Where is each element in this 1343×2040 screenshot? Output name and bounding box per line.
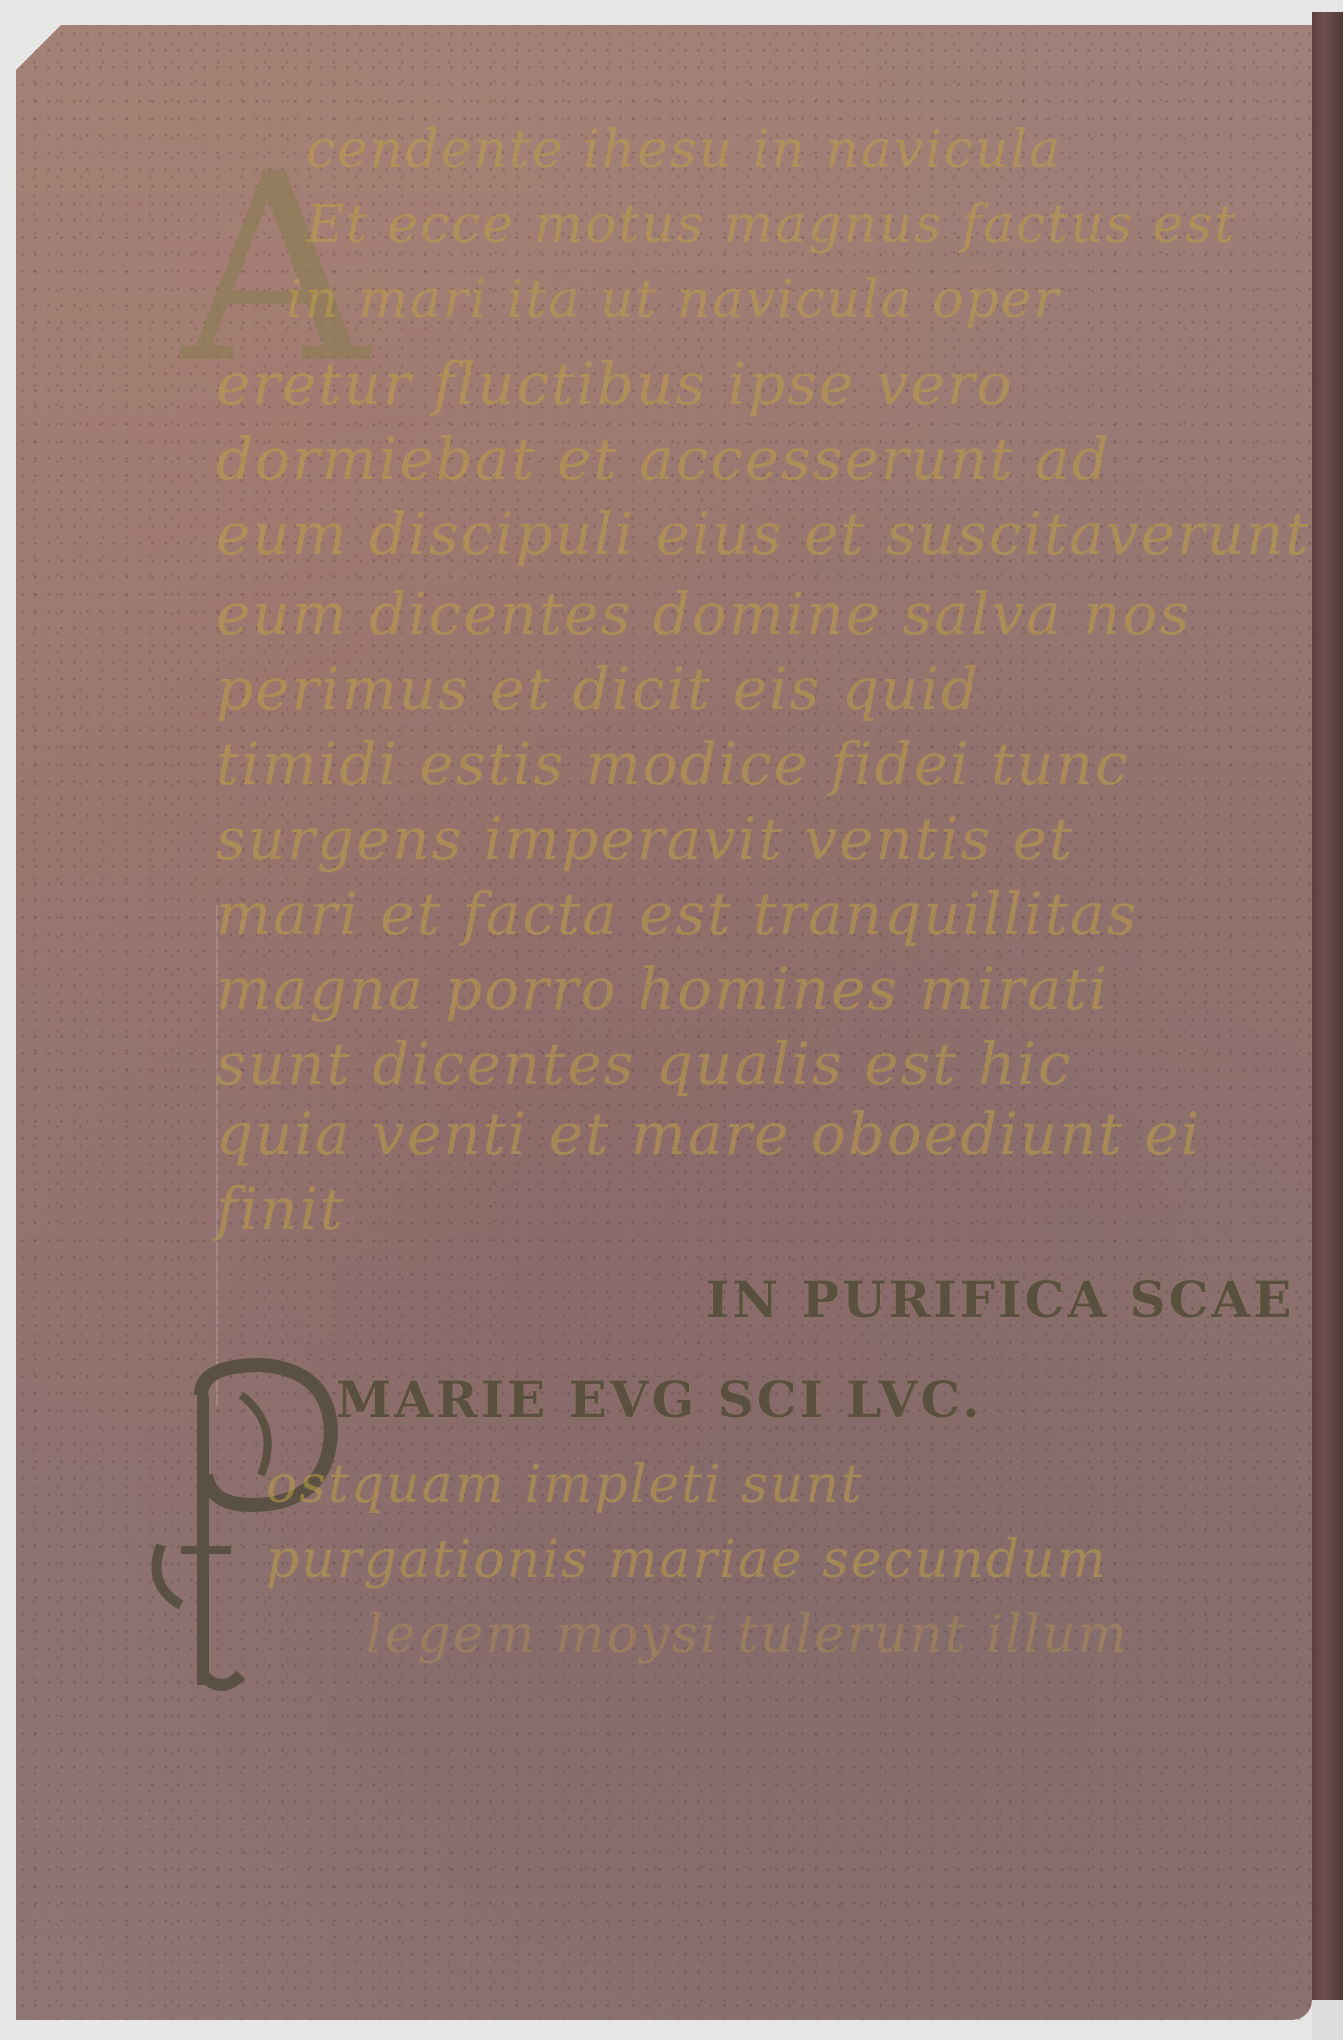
- text-line: ostquam impleti sunt: [266, 1455, 864, 1515]
- text-line: Et ecce motus magnus factus est: [306, 195, 1237, 255]
- text-line: eum discipuli eius et suscitaverunt: [216, 500, 1311, 568]
- text-line: eretur fluctibus ipse vero: [216, 350, 1014, 418]
- text-line: sunt dicentes qualis est hic: [216, 1030, 1072, 1098]
- text-line: magna porro homines mirati: [216, 955, 1109, 1023]
- rubric-heading-2: MARIE EVG SCI LVC.: [336, 1370, 983, 1429]
- text-line: purgationis mariae secundum: [266, 1530, 1108, 1590]
- manuscript-page: A cendente ihesu in navicula Et ecce mot…: [16, 25, 1312, 2020]
- text-line: dormiebat et accesserunt ad: [216, 425, 1111, 493]
- text-line: timidi estis modice fidei tunc: [216, 730, 1129, 798]
- text-line: legem moysi tulerunt illum: [366, 1605, 1129, 1665]
- text-line: eum dicentes domine salva nos: [216, 580, 1191, 648]
- text-line: mari et facta est tranquillitas: [216, 880, 1138, 948]
- text-line: perimus et dicit eis quid: [216, 655, 980, 723]
- background-strip: [1312, 2000, 1343, 2040]
- text-line: finit: [216, 1175, 345, 1243]
- text-line: cendente ihesu in navicula: [306, 120, 1062, 180]
- binding-edge: [1312, 12, 1343, 2040]
- text-line: in mari ita ut navicula oper: [286, 270, 1060, 330]
- rubric-heading-1: IN PURIFICA SCAE: [706, 1270, 1294, 1329]
- text-line: surgens imperavit ventis et: [216, 805, 1074, 873]
- text-line: quia venti et mare oboediunt ei: [216, 1100, 1201, 1168]
